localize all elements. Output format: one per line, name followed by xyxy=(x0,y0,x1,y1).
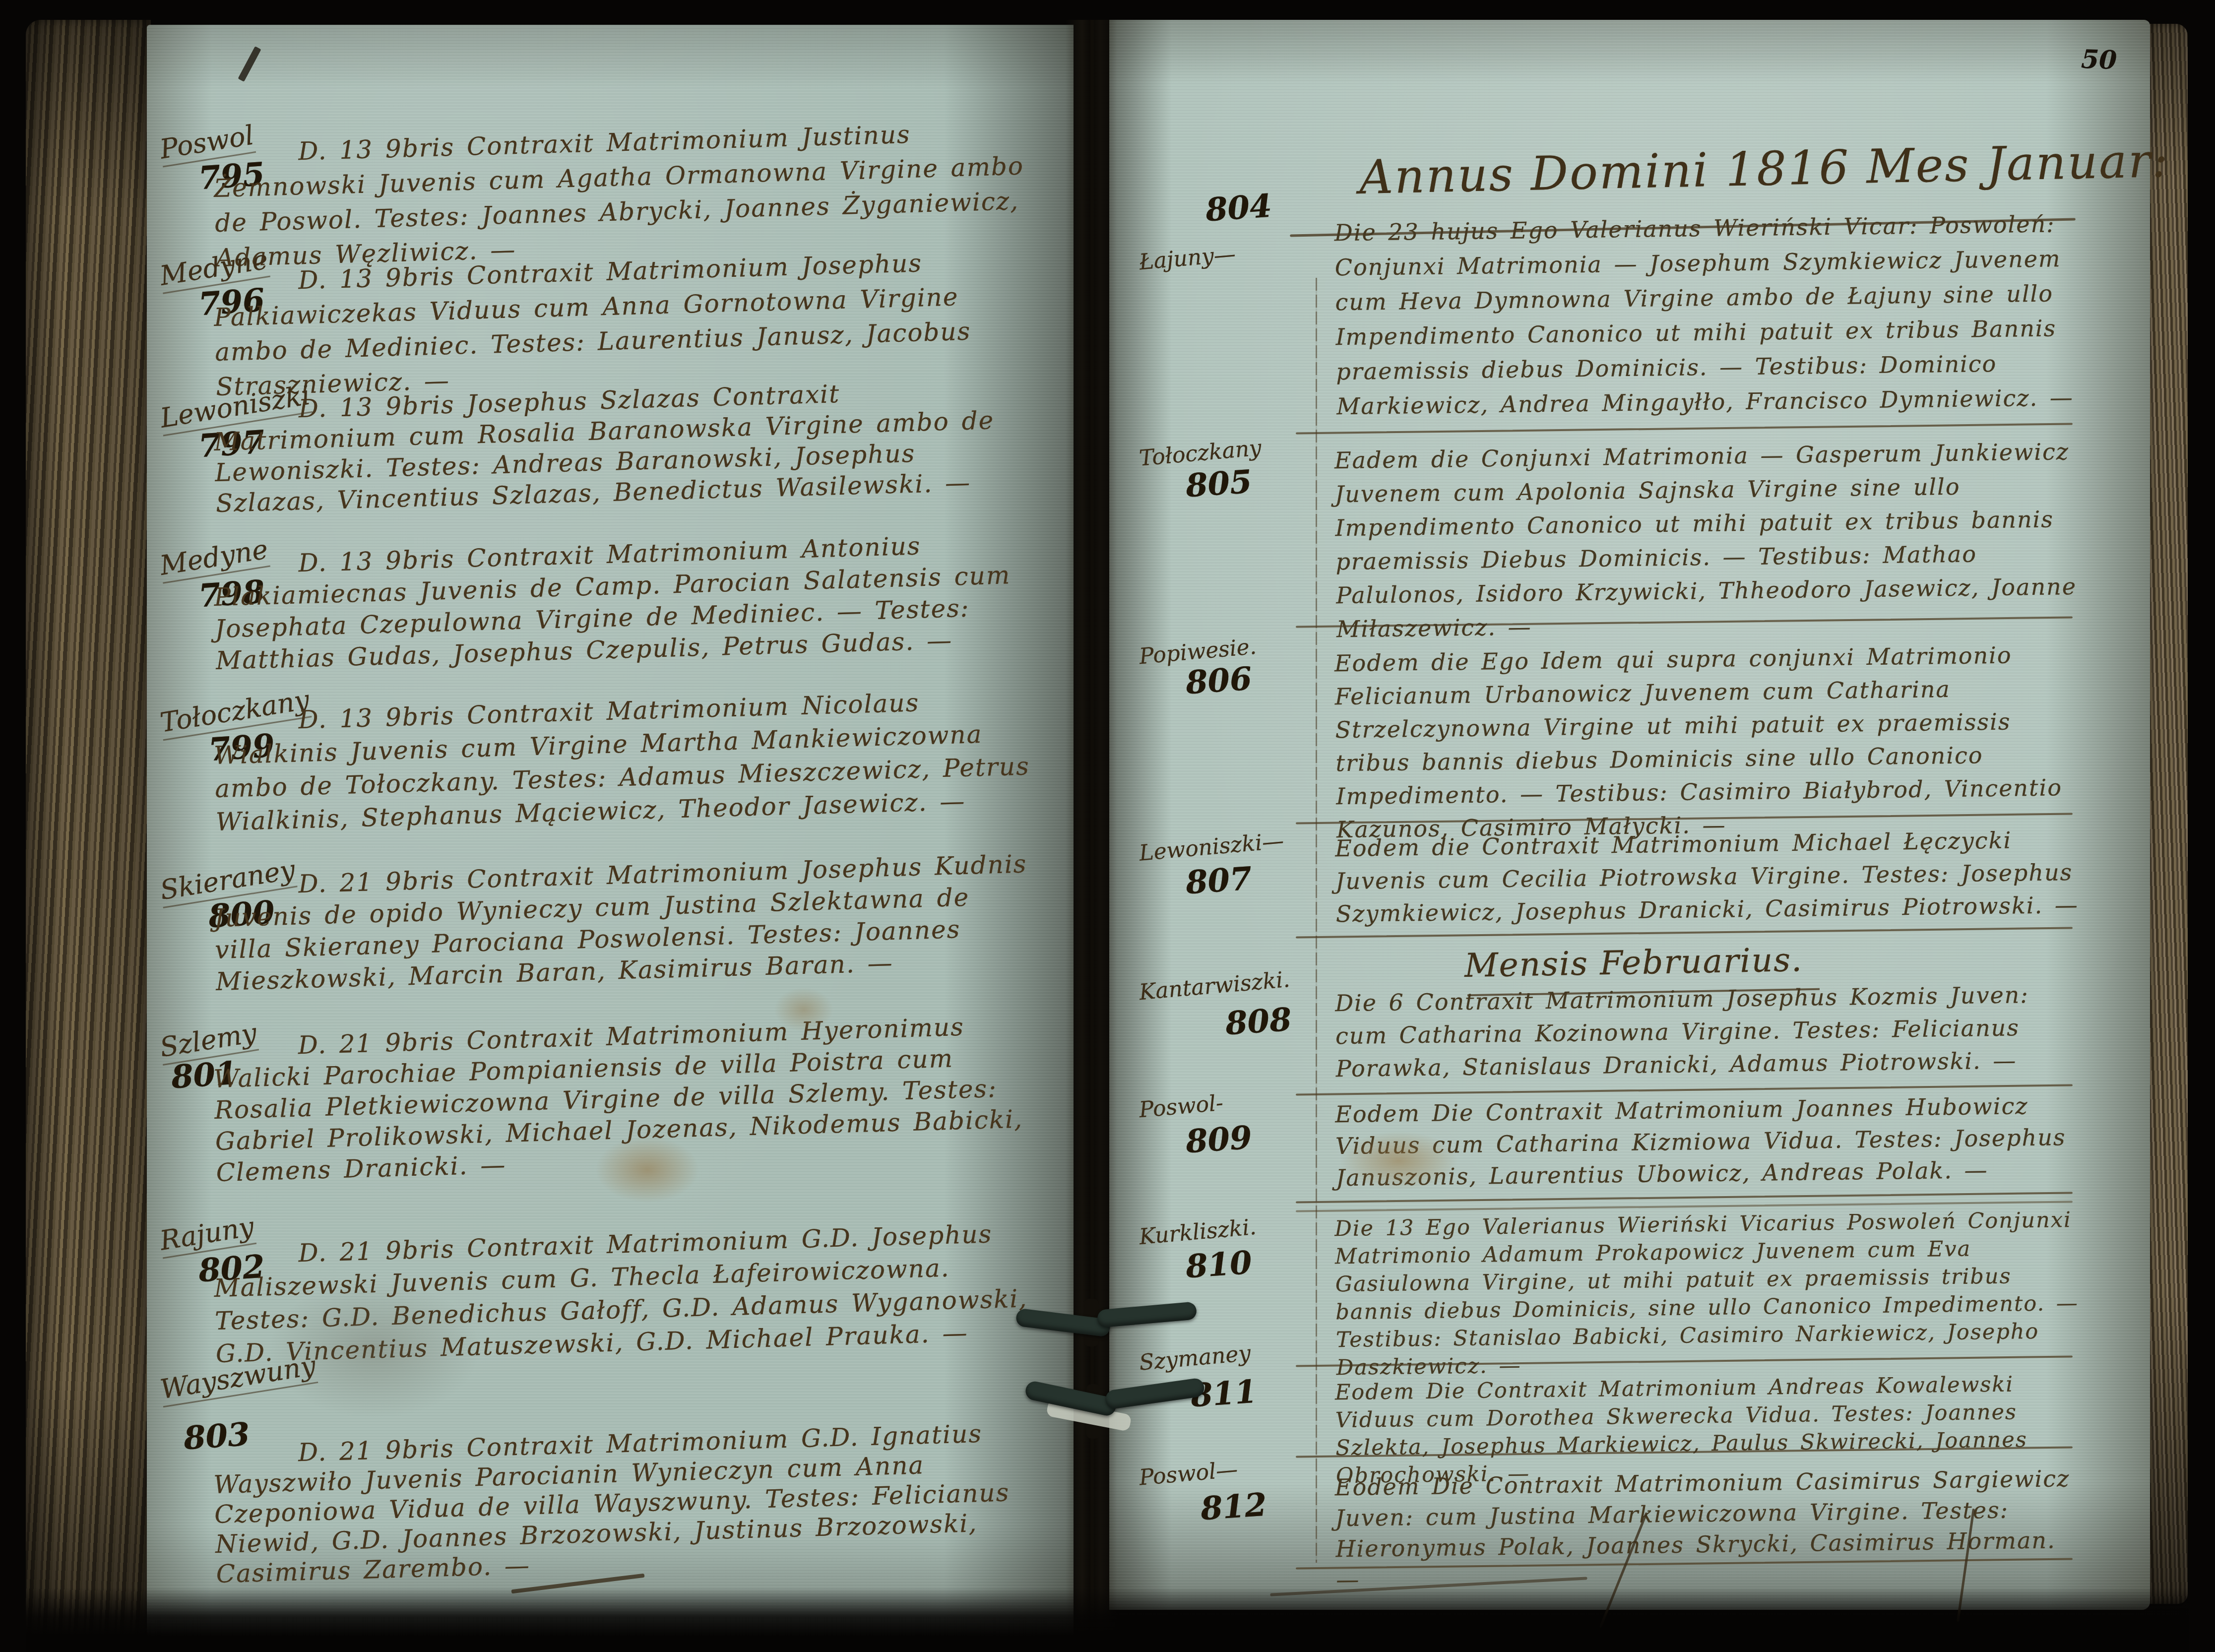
record-number: 809 xyxy=(1185,1119,1254,1160)
record-number: 808 xyxy=(1224,1001,1293,1042)
record-number: 812 xyxy=(1200,1486,1268,1527)
smudge-stain xyxy=(268,1280,481,1419)
record-text: Die 6 Contraxit Matrimonium Josephus Koz… xyxy=(1335,978,2079,1085)
record-text: Die 13 Ego Valerianus Wieriński Vicarius… xyxy=(1334,1206,2080,1382)
book-right-page-stack-edge xyxy=(2146,24,2188,1604)
ink-stain xyxy=(774,987,833,1032)
record-text: D. 13 9bris Josephus Szlazas Contraxit M… xyxy=(213,373,1035,519)
record-text: D. 13 9bris Contraxit Matrimonium Antoni… xyxy=(213,527,1036,677)
record-text: D. 13 9bris Contraxit Matrimonium Nicola… xyxy=(213,683,1036,839)
margin-rule xyxy=(1316,278,1317,1563)
folio-number: 50 xyxy=(2081,44,2117,75)
record-text: Eodem Die Contraxit Matrimonium Casimiru… xyxy=(1335,1463,2080,1595)
february-section-header: Mensis Februarius. xyxy=(1464,941,1803,985)
record-text: Die 23 hujus Ego Valerianus Wieriński Vi… xyxy=(1334,206,2080,424)
book-bottom-shadow xyxy=(26,1588,2189,1652)
record-text: Eodem die Contraxit Matrimonium Michael … xyxy=(1335,823,2079,930)
record-number: 805 xyxy=(1185,463,1254,505)
record-text: Eadem die Conjunxi Matrimonia — Gasperum… xyxy=(1334,435,2080,646)
record-number: 806 xyxy=(1185,660,1254,701)
manuscript-photo: 50 Poswol 795 D. 13 9bris Contraxit Matr… xyxy=(0,0,2215,1652)
record-text: D. 21 9bris Contraxit Matrimonium G.D. I… xyxy=(212,1417,1036,1589)
ink-stain xyxy=(595,1136,699,1203)
book-left-page-stack-edge xyxy=(26,20,151,1643)
record-number: 810 xyxy=(1185,1244,1254,1285)
record-number: 804 xyxy=(1204,187,1273,229)
record-number: 807 xyxy=(1185,860,1254,901)
record-text: Eodem die Ego Idem qui supra conjunxi Ma… xyxy=(1334,638,2080,846)
ink-stain xyxy=(1339,1131,1458,1191)
record-text: D. 21 9bris Contraxit Matrimonium Joseph… xyxy=(213,848,1036,998)
